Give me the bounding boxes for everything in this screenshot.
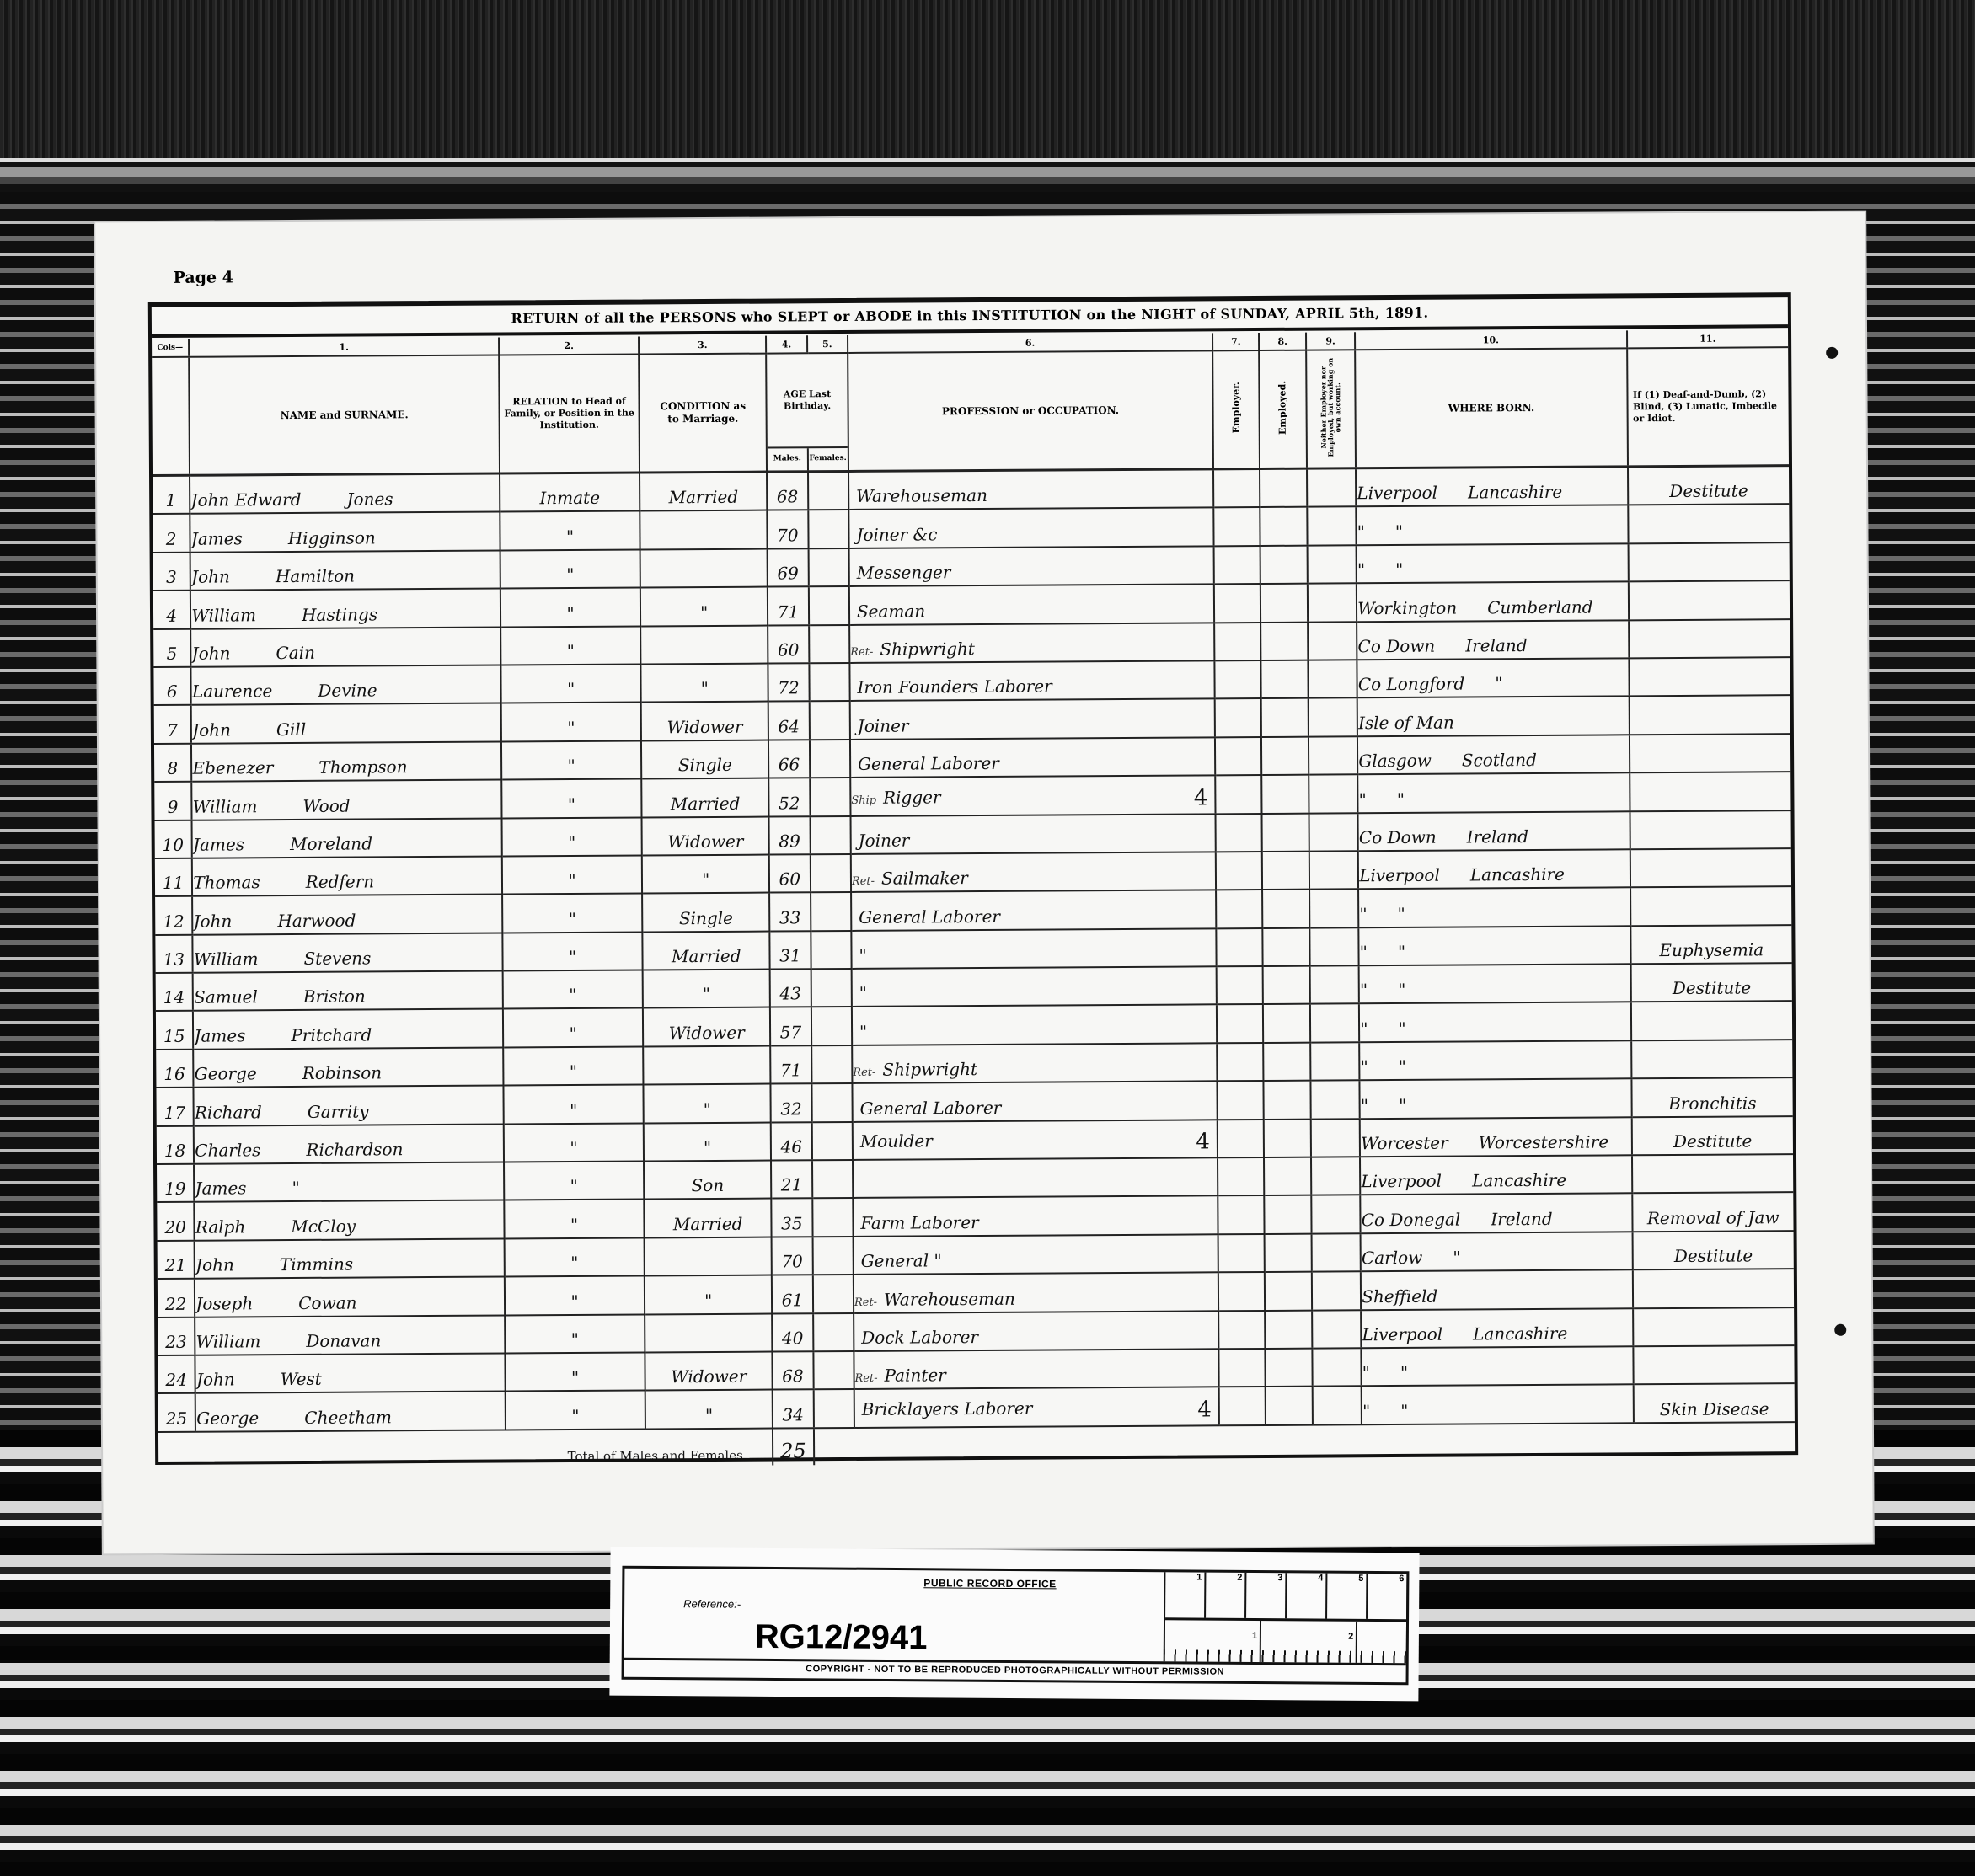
col-number-9: 9. [1306, 332, 1356, 350]
occupation-note: Ret- [852, 875, 875, 888]
first-name: John [192, 719, 231, 740]
condition-cell: " [644, 1122, 771, 1161]
employer-cell [1213, 468, 1260, 507]
birth-county: " [1453, 1248, 1460, 1268]
age-females-cell [812, 1275, 854, 1313]
age-males-cell: 66 [768, 740, 810, 778]
name-cell: JohnHarwood [192, 895, 502, 935]
own-account-cell [1310, 1042, 1360, 1081]
row-number: 8 [154, 743, 192, 782]
form-title: RETURN of all the PERSONS who SLEPT or A… [152, 302, 1788, 329]
where-born-cell: Isle of Man [1357, 697, 1630, 736]
birth-county: Ireland [1465, 635, 1527, 655]
occupation-note: Ret- [854, 1372, 877, 1385]
surname: Stevens [303, 949, 371, 969]
occupation-text: Bricklayers Laborer [862, 1398, 1033, 1419]
col-number-10: 10. [1355, 330, 1626, 350]
age-males-cell: 70 [768, 510, 809, 549]
age-males-cell: 40 [772, 1313, 813, 1352]
birth-county: " [1400, 1401, 1408, 1421]
where-born-cell: "" [1359, 1002, 1631, 1042]
birthplace: Sheffield [1362, 1285, 1437, 1307]
scale-mark: 4 [1287, 1573, 1327, 1618]
name-cell: JamesMoreland [192, 818, 502, 858]
employer-cell [1214, 660, 1261, 699]
condition-cell: " [641, 664, 768, 703]
occupation-text: General " [861, 1251, 942, 1272]
own-account-cell [1307, 468, 1357, 507]
surname: Briston [303, 986, 366, 1007]
employer-cell [1217, 1043, 1264, 1082]
relation-cell: " [503, 1008, 643, 1047]
condition-cell: " [643, 970, 770, 1008]
birthplace: Liverpool [1362, 1324, 1442, 1345]
name-cell: CharlesRichardson [194, 1124, 504, 1164]
occupation-cell: Ret-Shipwright [849, 623, 1214, 663]
total-label: Total of Males and Females...... [158, 1428, 773, 1468]
occupation-text: Shipwright [882, 1059, 977, 1080]
where-born-cell: "" [1359, 964, 1631, 1003]
occupation-note: Ret- [853, 1066, 875, 1079]
occupation-note: Ret- [850, 646, 873, 659]
birthplace: " [1362, 1363, 1370, 1383]
name-cell: James" [194, 1162, 504, 1203]
relation-cell: " [500, 664, 640, 703]
row-number: 22 [158, 1279, 195, 1317]
first-name: George [196, 1408, 259, 1428]
age-females-cell [809, 663, 850, 702]
name-cell: GeorgeCheetham [195, 1392, 506, 1432]
occupation-text: Joiner &c [856, 524, 937, 545]
public-record-office-label: PUBLIC RECORD OFFICE [923, 1577, 1056, 1590]
age-males-cell: 52 [768, 778, 810, 816]
age-females-cell [808, 548, 849, 587]
own-account-cell [1311, 1195, 1361, 1234]
surname: Wood [302, 795, 350, 815]
age-males-cell: 46 [771, 1122, 812, 1161]
row-number: 9 [154, 782, 192, 820]
reference-label: Reference:- [683, 1597, 741, 1610]
where-born-cell: "" [1359, 926, 1631, 965]
occupation-cell: General Laborer [852, 1082, 1217, 1122]
age-females-cell [811, 1083, 853, 1122]
employed-cell [1262, 852, 1309, 890]
surname: Donavan [306, 1330, 381, 1351]
header-condition: CONDITION as to Marriage. [639, 354, 767, 473]
age-males-cell: 61 [772, 1275, 813, 1313]
own-account-cell [1308, 583, 1357, 622]
age-females-cell [809, 625, 850, 664]
employer-cell [1214, 623, 1261, 661]
employer-cell [1218, 1272, 1266, 1311]
own-account-cell [1312, 1387, 1362, 1425]
name-cell: WilliamDonavan [195, 1315, 505, 1355]
employer-cell [1216, 852, 1263, 890]
infirmity-cell: Destitute [1632, 1231, 1794, 1270]
occupation-cell [853, 1157, 1218, 1198]
header-employer: Employer. [1212, 350, 1260, 469]
condition-cell [640, 625, 768, 664]
age-females-cell [813, 1351, 854, 1390]
row-number: 24 [158, 1355, 195, 1394]
own-account-cell [1312, 1310, 1362, 1349]
relation-cell: " [502, 932, 642, 970]
relation-cell: " [500, 511, 640, 550]
scale-mark: 6 [1368, 1574, 1408, 1619]
first-name: James [193, 834, 244, 854]
row-number: 7 [154, 705, 192, 744]
surname: " [292, 1178, 299, 1198]
birthplace: Workington [1357, 597, 1457, 618]
occupation-cell: Seaman [849, 584, 1214, 624]
condition-cell: Widower [645, 1352, 773, 1391]
row-number: 6 [153, 667, 191, 706]
infirmity-cell [1629, 619, 1790, 659]
surname: Timmins [280, 1254, 353, 1275]
birth-county: Scotland [1462, 750, 1537, 771]
occupation-text: Iron Founders Laborer [857, 676, 1052, 697]
infirmity-cell [1629, 657, 1790, 697]
age-males-cell: 34 [773, 1390, 814, 1429]
occupation-cell: General " [853, 1234, 1218, 1275]
occupation-text: Painter [885, 1366, 946, 1386]
first-name: John [192, 643, 231, 663]
age-females-cell [811, 1122, 853, 1161]
birthplace: Co Longford [1358, 674, 1465, 695]
relation-cell: " [505, 1314, 645, 1353]
where-born-cell: GlasgowScotland [1357, 735, 1630, 774]
where-born-cell: Sheffield [1361, 1270, 1633, 1310]
birth-county: " [1395, 559, 1403, 580]
occupation-note: Ship [851, 794, 876, 806]
relation-cell: " [503, 1085, 643, 1124]
occupation-code-mark: 4 [1196, 1129, 1210, 1154]
name-cell: SamuelBriston [193, 971, 503, 1012]
occupation-text: Moulder [860, 1130, 933, 1152]
age-females-cell [811, 1007, 852, 1045]
age-males-cell: 89 [769, 816, 811, 855]
age-males-cell: 71 [770, 1045, 811, 1084]
header-neither: Neither Employer nor Employed, but worki… [1306, 350, 1356, 468]
condition-cell [640, 548, 768, 587]
relation-cell: " [504, 1162, 644, 1200]
header-age-label: AGE Last Birthday. [767, 354, 847, 449]
employed-cell [1265, 1195, 1312, 1234]
condition-cell [645, 1313, 772, 1352]
condition-cell: Married [640, 472, 767, 511]
first-name: James [194, 1025, 245, 1045]
own-account-cell [1307, 545, 1357, 584]
relation-cell: " [505, 1352, 645, 1391]
where-born-cell: Co DownIreland [1358, 811, 1630, 851]
occupation-text: " [859, 945, 866, 965]
own-account-cell [1308, 698, 1357, 737]
col-number-7: 7. [1212, 333, 1260, 350]
infirmity-cell: Skin Disease [1633, 1384, 1795, 1424]
infirmity-cell [1628, 580, 1790, 620]
relation-cell: " [503, 1046, 643, 1085]
age-females-cell [812, 1160, 854, 1199]
col-number-6: 6. [848, 333, 1212, 353]
employed-cell [1263, 1004, 1310, 1043]
infirmity-cell [1630, 886, 1792, 926]
occupation-text: Seaman [857, 601, 925, 621]
name-cell: EbenezerThompson [191, 741, 501, 782]
surname: Moreland [290, 833, 372, 854]
infirmity-cell [1629, 695, 1790, 735]
age-females-cell [809, 701, 850, 740]
employer-cell [1216, 928, 1263, 967]
employer-cell [1217, 966, 1264, 1005]
age-females-cell [812, 1237, 854, 1275]
occupation-text: Shipwright [880, 639, 975, 660]
age-females-cell [813, 1313, 854, 1352]
employer-cell [1217, 1081, 1264, 1120]
birthplace: Co Down [1357, 636, 1435, 657]
first-name: Ebenezer [192, 757, 273, 778]
occupation-text: General Laborer [859, 1098, 1001, 1119]
name-cell: LaurenceDevine [191, 665, 501, 705]
relation-cell: " [503, 970, 643, 1009]
birth-county: " [1398, 980, 1405, 1000]
surname: Cheetham [304, 1407, 392, 1428]
first-name: George [195, 1064, 257, 1084]
row-number: 23 [158, 1317, 195, 1355]
surname: Gill [276, 719, 306, 740]
surname: Higginson [288, 527, 376, 548]
first-name: William [191, 605, 256, 625]
birthplace: " [1360, 1056, 1368, 1077]
census-form: RETURN of all the PERSONS who SLEPT or A… [148, 292, 1798, 1465]
age-males-cell: 43 [770, 969, 811, 1007]
employed-cell [1264, 1042, 1311, 1081]
where-born-cell: Co Longford" [1357, 658, 1630, 697]
birth-county: Lancashire [1468, 482, 1562, 503]
first-name: William [196, 1331, 261, 1351]
employed-cell [1261, 736, 1309, 775]
age-females-cell [811, 969, 852, 1007]
first-name: Ralph [195, 1216, 246, 1237]
birthplace: Co Donegal [1362, 1209, 1461, 1230]
birthplace: " [1357, 521, 1365, 542]
occupation-cell: ShipRigger4 [850, 775, 1215, 815]
surname: Robinson [302, 1063, 383, 1084]
condition-cell [640, 510, 767, 549]
condition-cell: Son [644, 1161, 771, 1200]
where-born-cell: "" [1358, 888, 1630, 927]
age-females-cell [810, 740, 851, 778]
occupation-cell: Messenger [848, 546, 1213, 586]
birthplace: " [1357, 559, 1365, 580]
own-account-cell [1309, 965, 1359, 1004]
occupation-text: Warehouseman [884, 1288, 1015, 1309]
age-males-cell: 72 [768, 663, 810, 702]
age-males-cell: 57 [770, 1007, 811, 1046]
occupation-cell: Ret-Shipwright [852, 1043, 1217, 1083]
occupation-note: Ret- [854, 1296, 877, 1308]
occupation-cell: Ret-Painter [854, 1349, 1218, 1389]
birth-county: " [1397, 788, 1405, 809]
where-born-cell: "" [1359, 1040, 1631, 1080]
age-females-cell [811, 892, 852, 931]
relation-cell: " [501, 779, 641, 818]
employer-cell [1215, 737, 1262, 776]
row-number: 15 [156, 1011, 194, 1050]
birth-county: Worcestershire [1479, 1132, 1609, 1153]
age-males-cell: 31 [770, 931, 811, 970]
header-males: Males. [768, 448, 807, 470]
birth-county: " [1395, 521, 1403, 542]
name-cell: JohnCain [190, 627, 500, 667]
reference-code: RG12/2941 [755, 1618, 928, 1657]
occupation-cell: " [852, 1005, 1217, 1045]
employed-cell [1265, 1233, 1312, 1272]
own-account-cell [1309, 774, 1358, 813]
infirmity-cell [1632, 1269, 1794, 1308]
age-females-cell [810, 778, 851, 816]
infirmity-cell [1630, 810, 1791, 850]
birth-county: Ireland [1467, 826, 1528, 847]
first-name: John [191, 567, 230, 587]
birthplace: " [1361, 1095, 1368, 1115]
own-account-cell [1308, 622, 1357, 660]
first-name: Joseph [195, 1293, 253, 1313]
employer-cell [1218, 1349, 1266, 1387]
employer-cell [1219, 1387, 1266, 1425]
where-born-cell: LiverpoolLancashire [1358, 849, 1630, 889]
infirmity-cell [1630, 848, 1791, 888]
name-cell: WilliamWood [192, 780, 502, 820]
occupation-cell: Warehouseman [848, 469, 1213, 510]
occupation-code-mark: 4 [1197, 1397, 1212, 1422]
infirmity-cell: Removal of Jaw [1632, 1193, 1794, 1232]
relation-cell: " [506, 1391, 645, 1430]
infirmity-cell [1628, 505, 1790, 544]
age-females-cell [811, 1045, 853, 1084]
employer-cell [1215, 775, 1262, 814]
employed-cell [1266, 1387, 1313, 1425]
infirmity-cell [1631, 1040, 1793, 1079]
birth-county: " [1400, 1362, 1408, 1382]
first-name: John [193, 911, 232, 931]
surname: Garrity [308, 1101, 369, 1121]
occupation-cell: Joiner [850, 699, 1215, 740]
scan-background-band [0, 158, 1975, 192]
where-born-cell: Co DonegalIreland [1360, 1194, 1632, 1233]
col-number-11: 11. [1627, 329, 1789, 348]
first-name: John [195, 1255, 234, 1275]
occupation-cell: " [852, 966, 1217, 1007]
infirmity-cell: Destitute [1630, 963, 1792, 1002]
occupation-cell: General Laborer [850, 737, 1215, 778]
name-cell: WilliamHastings [190, 589, 500, 629]
relation-cell: " [500, 626, 640, 665]
name-cell: JamesHigginson [190, 512, 500, 553]
name-cell: JohnGill [191, 703, 501, 744]
occupation-cell: Joiner [850, 814, 1215, 854]
birth-county: Cumberland [1487, 596, 1593, 617]
employed-cell [1263, 966, 1310, 1005]
employer-cell [1218, 1311, 1266, 1350]
relation-cell: " [501, 703, 641, 741]
relation-cell: " [501, 740, 641, 779]
occupation-text: Warehouseman [856, 485, 987, 506]
age-males-cell: 68 [767, 472, 808, 510]
age-females-cell [808, 510, 849, 548]
where-born-cell: "" [1362, 1346, 1634, 1386]
birthplace: " [1362, 1401, 1370, 1421]
row-number: 3 [153, 553, 191, 591]
name-cell: WilliamStevens [193, 933, 503, 973]
census-table: Cols— 1. 2. 3. 4. 5. 6. 7. 8. 9. 10. 11.… [152, 329, 1795, 1469]
age-males-cell: 35 [772, 1199, 813, 1237]
age-females-cell [812, 1198, 854, 1237]
relation-cell: " [500, 588, 640, 627]
own-account-cell [1312, 1348, 1362, 1387]
age-males-cell: 64 [768, 702, 810, 740]
own-account-cell [1309, 813, 1358, 852]
col-number-4: 4. [766, 335, 806, 353]
condition-cell: Single [641, 740, 768, 778]
birthplace: Glasgow [1358, 751, 1432, 772]
birthplace: Worcester [1361, 1133, 1448, 1154]
employer-cell [1215, 698, 1262, 737]
employed-cell [1260, 468, 1307, 507]
occupation-cell: Joiner &c [848, 508, 1213, 548]
birth-county: Ireland [1491, 1209, 1552, 1229]
infirmity-cell [1633, 1345, 1795, 1385]
age-females-cell [810, 854, 851, 893]
where-born-cell: WorkingtonCumberland [1357, 581, 1629, 621]
employer-cell [1218, 1120, 1265, 1158]
cols-label: Cols— [152, 339, 189, 357]
occupation-text: General Laborer [858, 753, 999, 774]
age-males-cell: 33 [769, 893, 811, 932]
scan-background-top [0, 0, 1975, 160]
own-account-cell [1311, 1233, 1361, 1272]
occupation-text: " [859, 1022, 867, 1042]
own-account-cell [1312, 1271, 1362, 1310]
employed-cell [1266, 1349, 1313, 1387]
age-males-cell: 60 [769, 854, 811, 893]
occupation-cell: " [851, 928, 1216, 969]
row-number: 16 [156, 1050, 194, 1088]
row-number: 19 [157, 1164, 195, 1203]
name-cell: JosephCowan [195, 1277, 505, 1317]
surname: Jones [346, 489, 393, 510]
name-cell: RichardGarrity [194, 1086, 504, 1126]
first-name: William [194, 949, 259, 969]
punch-hole-icon [1826, 347, 1838, 359]
occupation-cell: Dock Laborer [854, 1311, 1218, 1351]
employer-cell [1216, 813, 1263, 852]
occupation-cell: Ret-Sailmaker [851, 852, 1216, 892]
surname: West [281, 1369, 322, 1389]
condition-cell: Married [641, 778, 768, 817]
condition-cell: Widower [642, 816, 769, 855]
birth-county: " [1398, 904, 1405, 924]
where-born-cell: LiverpoolLancashire [1360, 1155, 1632, 1195]
first-name: James [195, 1179, 246, 1199]
surname: McCloy [291, 1216, 356, 1236]
first-name: John [196, 1370, 235, 1390]
surname: Redfern [306, 872, 375, 892]
header-relation: RELATION to Head of Family, or Position … [499, 354, 640, 473]
surname: Hamilton [276, 566, 355, 587]
age-males-cell: 71 [768, 586, 809, 625]
first-name: William [193, 796, 258, 816]
birth-county: Lancashire [1472, 1170, 1566, 1191]
